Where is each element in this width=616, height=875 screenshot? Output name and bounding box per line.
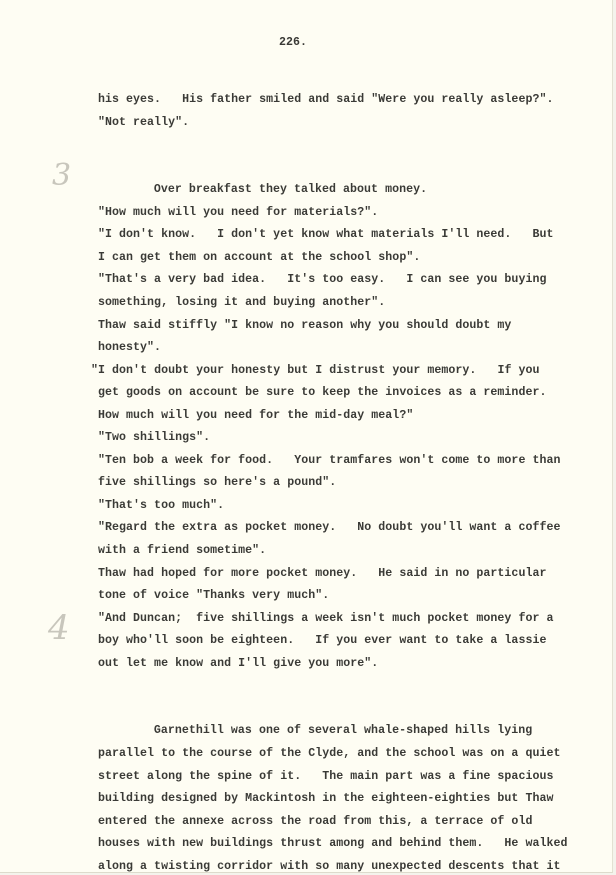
text-line: get goods on account be sure to keep the… bbox=[98, 386, 546, 399]
text-line: with a friend sometime". bbox=[98, 544, 266, 557]
text-line: tone of voice "Thanks very much". bbox=[98, 589, 329, 602]
text-line: "How much will you need for materials?". bbox=[98, 206, 378, 219]
text-line: Over breakfast they talked about money. bbox=[154, 183, 427, 196]
text-line: parallel to the course of the Clyde, and… bbox=[98, 747, 561, 760]
text-line: "Not really". bbox=[98, 116, 189, 129]
margin-note-section-4: 4 bbox=[48, 608, 70, 648]
text-line: entered the annexe across the road from … bbox=[98, 815, 532, 828]
text-line: Thaw said stiffly "I know no reason why … bbox=[98, 319, 511, 332]
text-line: "I don't know. I don't yet know what mat… bbox=[98, 228, 553, 241]
text-line: "I don't doubt your honesty but I distru… bbox=[91, 364, 539, 377]
text-line: How much will you need for the mid-day m… bbox=[98, 409, 413, 422]
manuscript-page: 226. 3 4 his eyes. His father smiled and… bbox=[0, 0, 613, 873]
text-line: Garnethill was one of several whale-shap… bbox=[154, 724, 532, 737]
text-line: "Ten bob a week for food. Your tramfares… bbox=[98, 454, 561, 467]
text-line: "That's a very bad idea. It's too easy. … bbox=[98, 273, 546, 286]
text-line: houses with new buildings thrust among a… bbox=[98, 837, 568, 850]
text-line: Thaw had hoped for more pocket money. He… bbox=[98, 567, 546, 580]
text-line: along a twisting corridor with so many u… bbox=[98, 860, 561, 873]
text-line: "Two shillings". bbox=[98, 431, 210, 444]
text-line: "And Duncan; five shillings a week isn't… bbox=[98, 612, 553, 625]
margin-note-section-3: 3 bbox=[52, 158, 71, 193]
page-number: 226. bbox=[279, 36, 307, 49]
text-line: five shillings so here's a pound". bbox=[98, 476, 336, 489]
text-line: "That's too much". bbox=[98, 499, 224, 512]
text-line: honesty". bbox=[98, 341, 161, 354]
text-line: his eyes. His father smiled and said "We… bbox=[98, 93, 553, 106]
text-line: "Regard the extra as pocket money. No do… bbox=[98, 521, 561, 534]
text-line: I can get them on account at the school … bbox=[98, 251, 420, 264]
text-line: something, losing it and buying another"… bbox=[98, 296, 385, 309]
text-line: boy who'll soon be eighteen. If you ever… bbox=[98, 634, 546, 647]
text-line: out let me know and I'll give you more". bbox=[98, 657, 378, 670]
text-line: building designed by Mackintosh in the e… bbox=[98, 792, 553, 805]
text-line: street along the spine of it. The main p… bbox=[98, 770, 553, 783]
